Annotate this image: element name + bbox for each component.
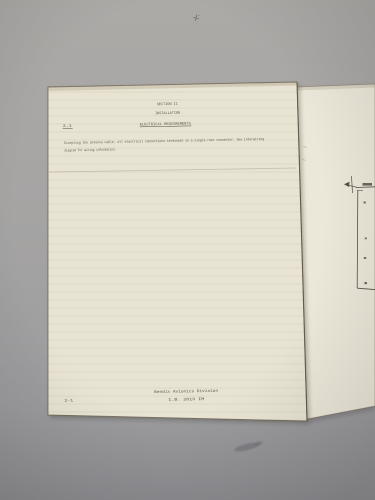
photo-vignette xyxy=(0,0,375,500)
photo-of-manual-pages: SECTION II INSTALLATION 2.1 ELECTRICAL R… xyxy=(0,0,375,500)
